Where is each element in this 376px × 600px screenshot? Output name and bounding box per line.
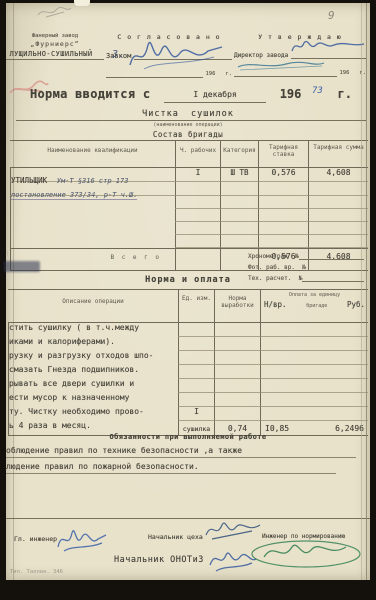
pay-unit-cell <box>178 365 214 379</box>
org-block: Фанерный завод „Фурниерс“ ЛУЩИЛЬНО-СУШИЛ… <box>6 33 104 60</box>
pay-unit-line1: I <box>178 407 214 421</box>
brigade-row2-category <box>220 182 258 196</box>
norm-engineer-signature <box>246 537 366 571</box>
pay-sub-label: бригаде <box>306 303 327 310</box>
duties-title: Обязанности при выполняемой работе <box>6 433 370 441</box>
pay-col-unit: Ед. изм. <box>178 290 214 323</box>
pay-desc-line: рывать все двери сушилки и <box>8 379 178 393</box>
pay-norm-cell <box>214 337 260 351</box>
pay-desc-line: рузку и разгрузку отходов шпо- <box>8 351 178 365</box>
pay-unit-cell <box>178 323 214 337</box>
norm-year: 196 <box>280 87 302 101</box>
stamp-caption-fragment: ( <box>6 251 9 257</box>
brigade-empty-cell <box>258 209 308 222</box>
ref-photo-line <box>306 263 364 271</box>
pay-pay-cell <box>260 393 368 407</box>
brigade-empty-cell <box>308 196 368 209</box>
pay-desc-line: ту. Чистку необходимо прово- <box>8 407 178 421</box>
pay-col-norm: Норма выработки <box>214 290 260 323</box>
print-shop-footer: Тип. Таллин. 346 <box>10 569 63 575</box>
approve-signature <box>288 35 368 57</box>
duties-line1: облюдение правил по технике безопасности… <box>6 446 356 458</box>
page-right-edge-line <box>366 3 367 580</box>
chief-engineer-signature <box>50 521 110 557</box>
pay-table: Описание операции Ед. изм. Норма выработ… <box>8 289 368 436</box>
pay-unit-cell <box>178 393 214 407</box>
shop-chief-label: Начальник цеха <box>148 533 203 541</box>
pay-unit-cell <box>178 337 214 351</box>
agree-hand-initial: З. <box>112 49 124 60</box>
brigade-empty-name <box>10 235 175 248</box>
scan-background: 9 Фанерный завод „Фурниерс“ ЛУЩИЛЬНО-СУШ… <box>0 0 376 600</box>
brigade-empty-cell <box>175 196 220 209</box>
org-line2: „Фурниерс“ <box>6 41 104 48</box>
pay-unit-cell <box>178 351 214 365</box>
agree-signature <box>124 35 228 75</box>
pay-desc-line: смазать Гнезда подшипников. <box>8 365 178 379</box>
pay-norm-cell <box>214 365 260 379</box>
page-right-edge-line2 <box>361 3 362 580</box>
pay-norm-cell <box>214 407 260 421</box>
pay-pay-cell <box>260 351 368 365</box>
pay-pay-cell <box>260 365 368 379</box>
pay-rub-label: Руб. <box>347 300 365 309</box>
norm-title-suffix: г. <box>338 87 352 101</box>
brigade-empty-cell <box>220 196 258 209</box>
brigade-row1-rate: 0,576 <box>258 168 308 182</box>
brigade-row2-workers <box>175 182 220 196</box>
torn-edge-chip <box>74 0 90 6</box>
ref-photo-label: Фот. раб. вр. № <box>248 264 306 271</box>
brigade-section-title: Состав бригады <box>6 130 370 139</box>
brigade-empty-name <box>10 196 175 209</box>
norm-date-value: I декабря <box>193 90 236 99</box>
brigade-row1-workers: I <box>175 168 220 182</box>
norm-date-blank: I декабря <box>164 83 266 103</box>
brigade-row2-rate <box>258 182 308 196</box>
norm-title-prefix: Норма вводится с <box>30 87 150 101</box>
brigade-total-workers <box>175 248 220 270</box>
document-page: 9 Фанерный завод „Фурниерс“ ЛУЩИЛЬНО-СУШ… <box>6 3 370 580</box>
ink-stamp-smudge <box>4 261 40 272</box>
brigade-empty-cell <box>308 235 368 248</box>
pay-pay-cell <box>260 379 368 393</box>
page-number: 9 <box>328 9 335 22</box>
brigade-col-name: Наименование квалификации <box>10 141 175 168</box>
brigade-empty-cell <box>175 222 220 235</box>
approve-date-scribble <box>234 57 329 75</box>
brigade-row1-name: УТИЛЬЩИК Ум-Т §316 стр 173 <box>10 168 175 182</box>
pay-pay-cell <box>260 337 368 351</box>
pay-norm-cell <box>214 393 260 407</box>
brigade-empty-cell <box>258 196 308 209</box>
pay-nvr-label: Н/вр. <box>264 300 287 309</box>
pay-desc-line: ести мусор к назначенному <box>8 393 178 407</box>
operation-caption: (наименование операции) <box>6 122 370 129</box>
pay-col-pay: Оплата за единицу Н/вр. бригаде Руб. <box>260 290 368 323</box>
brigade-col-rate: Тарифная ставка <box>258 141 308 168</box>
approve-date-suffix: 196 г. <box>340 70 367 77</box>
pay-unit-cell <box>178 379 214 393</box>
pay-pay-cell <box>260 323 368 337</box>
signature-separator <box>6 518 370 519</box>
brigade-empty-cell <box>308 209 368 222</box>
brigade-empty-name <box>10 209 175 222</box>
pencil-scribble <box>34 3 74 21</box>
brigade-empty-cell <box>175 209 220 222</box>
brigade-col-category: Категория <box>220 141 258 168</box>
page-left-crease <box>13 3 14 580</box>
brigade-col-sum: Тарифная сумма <box>308 141 368 168</box>
pay-group-label: Оплата за единицу <box>261 292 368 299</box>
brigade-empty-cell <box>220 222 258 235</box>
ref-chrono-line <box>299 252 364 260</box>
agree-block: С о г л а с о в а н о Завком 196 г. З. <box>106 33 232 78</box>
approve-block: У т в е р ж д а ю Директор завода 196 г. <box>234 33 366 77</box>
brigade-empty-name <box>10 222 175 235</box>
operation-underline <box>16 111 366 121</box>
duties-line2: людение правил по пожарной безопасности. <box>6 462 336 474</box>
brigade-row2-name: постановление 373/34, р-Т ч.Ш. <box>10 182 175 196</box>
pay-norm-cell <box>214 351 260 365</box>
pay-norm-cell <box>214 379 260 393</box>
norm-title-row: Норма вводится с I декабря 196 73 г. <box>30 83 352 103</box>
brigade-empty-cell <box>220 209 258 222</box>
norm-year-hand: 73 <box>312 86 323 96</box>
pay-norm-cell <box>214 323 260 337</box>
org-line1: Фанерный завод <box>6 33 104 40</box>
brigade-row1-sum: 4,608 <box>308 168 368 182</box>
ref-chrono-label: Хронометраж № <box>248 253 299 260</box>
pay-desc-line: иками и калориферами). <box>8 337 178 351</box>
brigade-empty-cell <box>258 235 308 248</box>
onotiz-signature <box>204 543 260 579</box>
pay-col-desc: Описание операции <box>8 290 178 323</box>
brigade-row1-category: Ш ТВ <box>220 168 258 182</box>
onotiz-label: Начальник ОНОТиЗ <box>114 555 204 565</box>
pay-section-title: Норма и оплата <box>6 275 370 285</box>
brigade-row2-sum <box>308 182 368 196</box>
brigade-empty-cell <box>308 222 368 235</box>
pay-desc-line: стить сушилку ( в т.ч.между <box>8 323 178 337</box>
brigade-empty-cell <box>220 235 258 248</box>
brigade-col-workers: Ч. рабочих <box>175 141 220 168</box>
pay-pay-cell <box>260 407 368 421</box>
brigade-empty-cell <box>258 222 308 235</box>
org-line3: ЛУЩИЛЬНО-СУШИЛЬНЫЙ <box>6 50 104 60</box>
brigade-empty-cell <box>175 235 220 248</box>
